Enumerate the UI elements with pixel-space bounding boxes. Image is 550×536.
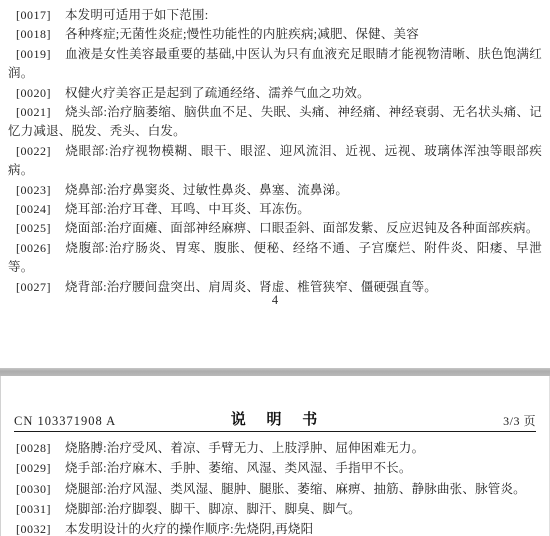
patent-page-4: [0017]本发明可适用于如下范围: [0018]各种疼症;无菌性炎症;慢性功能… [0,0,550,368]
paragraph-number: [0022] [8,142,65,161]
paragraph-number: [0031] [8,499,65,519]
paragraph-number: [0020] [8,84,65,103]
paragraph-text: 烧腿部:治疗风湿、类风湿、腿肿、腿胀、萎缩、麻痹、抽筋、静脉曲张、脉管炎。 [65,482,526,496]
patent-page-3of3: CN 103371908 A 说 明 书 3/3 页 [0028]烧胳膊:治疗受… [0,376,550,536]
paragraph-text: 各种疼症;无菌性炎症;慢性功能性的内脏疾病;减肥、保健、美容 [65,27,419,41]
patent-paragraph: [0019]血液是女性美容最重要的基础,中医认为只有血液充足眼睛才能视物清晰、肤… [8,45,542,84]
patent-paragraph: [0020]权健火疗美容正是起到了疏通经络、濡养气血之功效。 [8,84,542,103]
paragraph-number: [0017] [8,6,65,25]
paragraph-text: 烧眼部:治疗视物模糊、眼干、眼涩、迎风流泪、近视、远视、玻璃体浑浊等眼部疾病。 [8,144,542,177]
patent-paragraph: [0024]烧耳部:治疗耳聋、耳鸣、中耳炎、耳冻伤。 [8,200,542,219]
paragraph-number: [0018] [8,25,65,44]
patent-paragraph: [0025]烧面部:治疗面瘫、面部神经麻痹、口眼歪斜、面部发紫、反应迟钝及各种面… [8,219,542,238]
paragraph-text: 烧手部:治疗麻木、手肿、萎缩、风湿、类风湿、手指甲不长。 [65,461,412,475]
paragraph-text: 权健火疗美容正是起到了疏通经络、濡养气血之功效。 [65,86,370,100]
paragraph-text: 烧脚部:治疗脚裂、脚干、脚凉、脚汗、脚臭、脚气。 [65,502,361,516]
paragraph-text: 血液是女性美容最重要的基础,中医认为只有血液充足眼睛才能视物清晰、肤色饱满红润。 [8,47,542,80]
paragraph-text: 烧胳膊:治疗受风、着凉、手臂无力、上肢浮肿、屈伸困难无力。 [65,441,424,455]
patent-paragraph: [0029]烧手部:治疗麻木、手肿、萎缩、风湿、类风湿、手指甲不长。 [8,458,542,478]
paragraph-text: 本发明设计的火疗的操作顺序:先烧阴,再烧阳 [65,522,313,536]
patent-paragraph: [0032]本发明设计的火疗的操作顺序:先烧阴,再烧阳 [8,519,542,536]
paragraph-number: [0029] [8,458,65,478]
paragraph-number: [0030] [8,479,65,499]
paragraph-number: [0024] [8,200,65,219]
paragraph-number: [0021] [8,103,65,122]
paragraph-number: [0023] [8,181,65,200]
patent-paragraph: [0031]烧脚部:治疗脚裂、脚干、脚凉、脚汗、脚臭、脚气。 [8,499,542,519]
patent-paragraph: [0028]烧胳膊:治疗受风、着凉、手臂无力、上肢浮肿、屈伸困难无力。 [8,438,542,458]
paragraph-text: 本发明可适用于如下范围: [65,8,208,22]
sheet-divider [0,368,550,376]
patent-paragraph: [0023]烧鼻部:治疗鼻窦炎、过敏性鼻炎、鼻塞、流鼻涕。 [8,181,542,200]
paragraph-text: 烧鼻部:治疗鼻窦炎、过敏性鼻炎、鼻塞、流鼻涕。 [65,183,348,197]
document-title: 说 明 书 [14,408,536,429]
patent-paragraph: [0026]烧腹部:治疗肠炎、胃寒、腹胀、便秘、经络不通、子宫糜烂、附件炎、阳痿… [8,239,542,278]
paragraph-number: [0032] [8,519,65,536]
paragraph-number: [0019] [8,45,65,64]
paragraph-text: 烧耳部:治疗耳聋、耳鸣、中耳炎、耳冻伤。 [65,202,310,216]
patent-paragraph: [0021]烧头部:治疗脑萎缩、脑供血不足、失眠、头痛、神经痛、神经衰弱、无名状… [8,103,542,142]
paragraph-number: [0025] [8,219,65,238]
paragraph-list-page2: [0028]烧胳膊:治疗受风、着凉、手臂无力、上肢浮肿、屈伸困难无力。 [002… [8,438,542,536]
patent-paragraph: [0018]各种疼症;无菌性炎症;慢性功能性的内脏疾病;减肥、保健、美容 [8,25,542,44]
paragraph-text: 烧背部:治疗腰间盘突出、肩周炎、肾虚、椎管狭窄、僵硬强直等。 [65,280,437,294]
paragraph-list-page1: [0017]本发明可适用于如下范围: [0018]各种疼症;无菌性炎症;慢性功能… [8,6,542,297]
paragraph-text: 烧腹部:治疗肠炎、胃寒、腹胀、便秘、经络不通、子宫糜烂、附件炎、阳痿、早泄等。 [8,241,542,274]
paragraph-text: 烧面部:治疗面瘫、面部神经麻痹、口眼歪斜、面部发紫、反应迟钝及各种面部疾病。 [65,221,539,235]
paragraph-number: [0028] [8,438,65,458]
page-number-footer: 4 [0,293,550,308]
page-indicator: 3/3 页 [503,412,536,429]
paragraph-number: [0026] [8,239,65,258]
paragraph-text: 烧头部:治疗脑萎缩、脑供血不足、失眠、头痛、神经痛、神经衰弱、无名状头痛、记忆力… [8,105,542,138]
patent-paragraph: [0017]本发明可适用于如下范围: [8,6,542,25]
patent-paragraph: [0030]烧腿部:治疗风湿、类风湿、腿肿、腿胀、萎缩、麻痹、抽筋、静脉曲张、脉… [8,479,542,499]
page-header: CN 103371908 A 说 明 书 3/3 页 [14,413,536,432]
patent-paragraph: [0022]烧眼部:治疗视物模糊、眼干、眼涩、迎风流泪、近视、远视、玻璃体浑浊等… [8,142,542,181]
